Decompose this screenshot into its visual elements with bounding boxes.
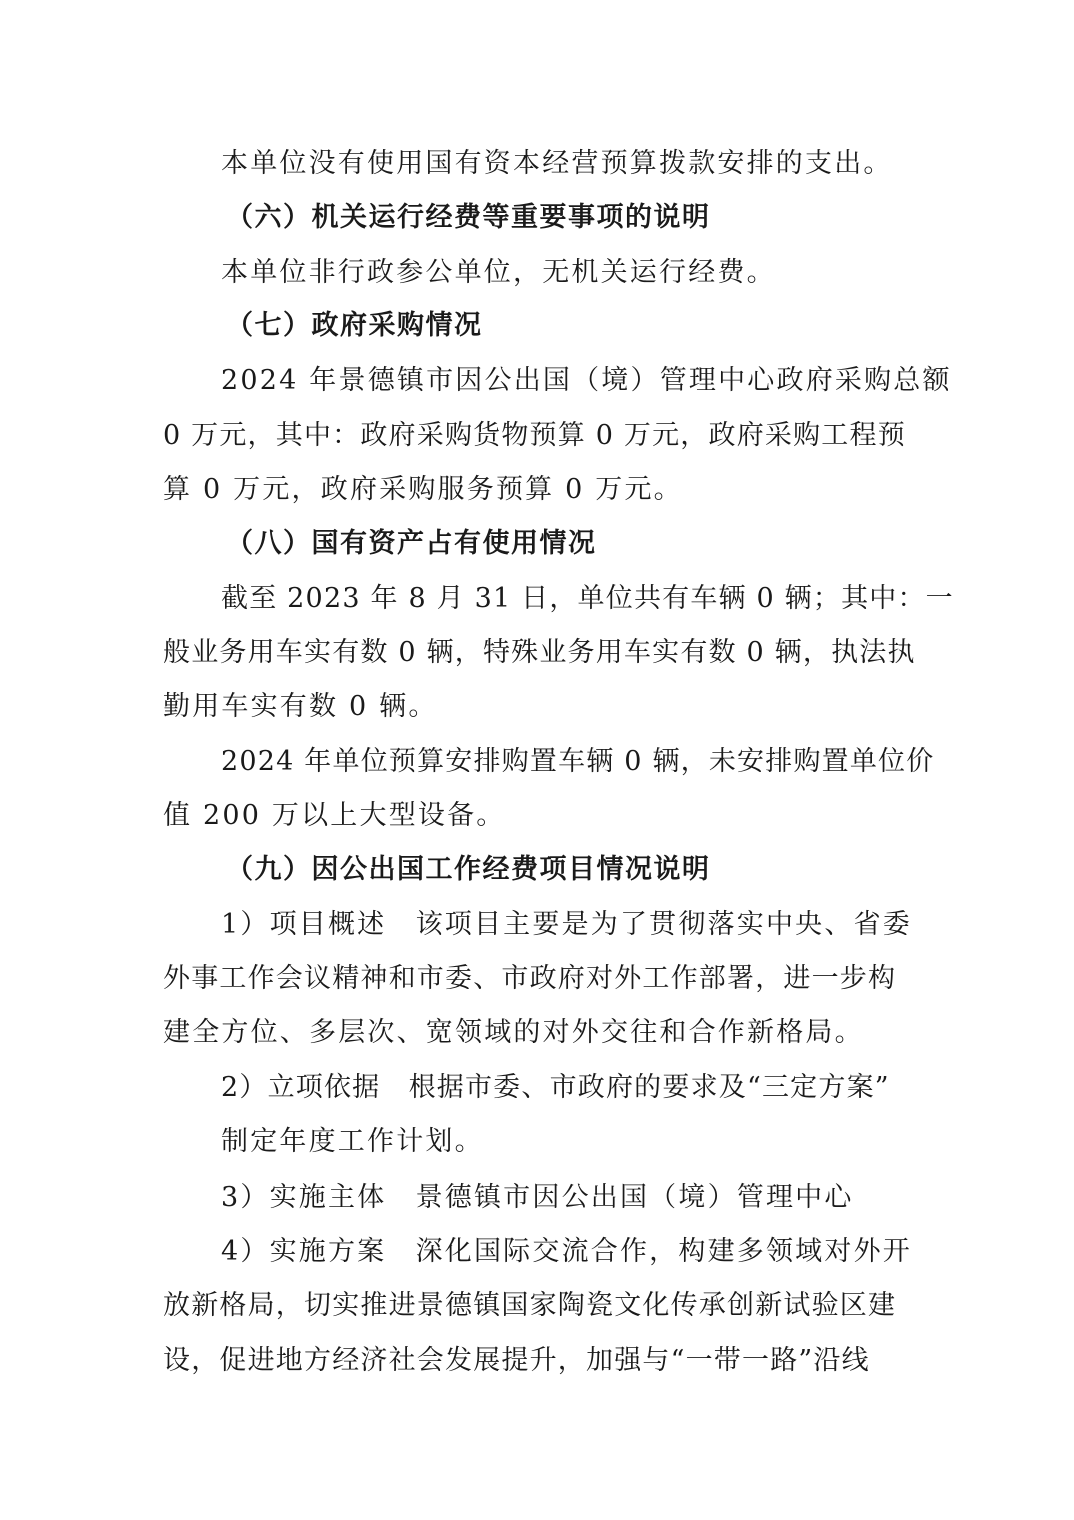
paragraph-line: 2）立项依据 根据市委、市政府的要求及“三定方案” — [221, 1071, 971, 1105]
section-heading-8: （八）国有资产占有使用情况 — [226, 527, 976, 561]
paragraph-line: 2024 年单位预算安排购置车辆 0 辆，未安排购置单位价 — [221, 745, 971, 779]
paragraph-line: 勤用车实有数 0 辆。 — [163, 690, 913, 724]
section-heading-6: （六）机关运行经费等重要事项的说明 — [226, 201, 976, 235]
paragraph-line: 制定年度工作计划。 — [221, 1125, 971, 1159]
paragraph-line: 外事工作会议精神和市委、市政府对外工作部署，进一步构 — [163, 962, 913, 996]
paragraph-line: 4）实施方案 深化国际交流合作，构建多领域对外开 — [221, 1235, 971, 1269]
paragraph-line: 截至 2023 年 8 月 31 日，单位共有车辆 0 辆；其中：一 — [221, 582, 971, 616]
paragraph-line: 建全方位、多层次、宽领域的对外交往和合作新格局。 — [163, 1016, 913, 1050]
paragraph-line: 2024 年景德镇市因公出国（境）管理中心政府采购总额 — [221, 364, 971, 398]
paragraph-line: 本单位没有使用国有资本经营预算拨款安排的支出。 — [221, 147, 971, 181]
paragraph-line: 算 0 万元，政府采购服务预算 0 万元。 — [163, 473, 913, 507]
paragraph-line: 3）实施主体 景德镇市因公出国（境）管理中心 — [221, 1181, 971, 1215]
paragraph-line: 本单位非行政参公单位，无机关运行经费。 — [221, 256, 971, 290]
paragraph-line: 0 万元，其中：政府采购货物预算 0 万元，政府采购工程预 — [163, 419, 913, 453]
paragraph-line: 放新格局，切实推进景德镇国家陶瓷文化传承创新试验区建 — [163, 1289, 913, 1323]
section-heading-9: （九）因公出国工作经费项目情况说明 — [226, 853, 976, 887]
paragraph-line: 般业务用车实有数 0 辆，特殊业务用车实有数 0 辆，执法执 — [163, 636, 913, 670]
paragraph-line: 值 200 万以上大型设备。 — [163, 799, 913, 833]
section-heading-7: （七）政府采购情况 — [226, 309, 976, 343]
document-page: 本单位没有使用国有资本经营预算拨款安排的支出。 （六）机关运行经费等重要事项的说… — [0, 0, 1074, 1520]
paragraph-line: 1）项目概述 该项目主要是为了贯彻落实中央、省委 — [221, 908, 971, 942]
paragraph-line: 设，促进地方经济社会发展提升，加强与“一带一路”沿线 — [163, 1344, 913, 1378]
